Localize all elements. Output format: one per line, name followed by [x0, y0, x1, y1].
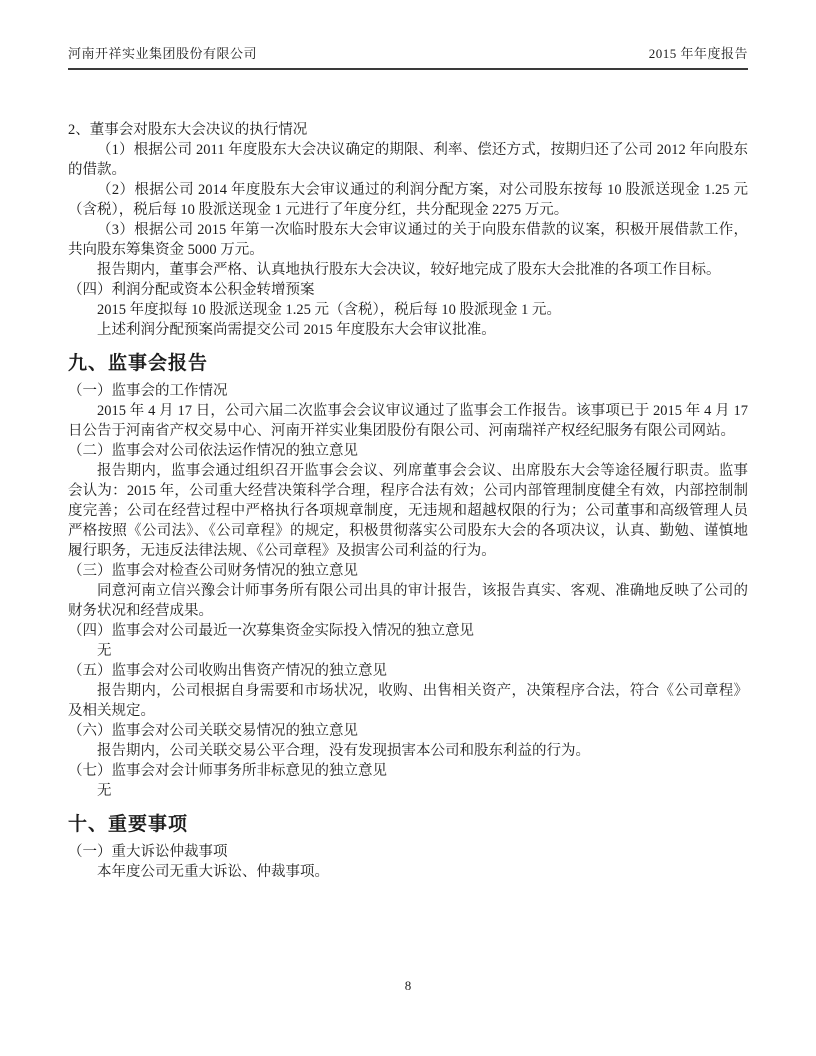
header-company-name: 河南开祥实业集团股份有限公司 [68, 46, 257, 62]
header-report-title: 2015 年年度报告 [649, 46, 748, 62]
para-s9-item1-body: 2015 年 4 月 17 日，公司六届二次监事会会议审议通过了监事会工作报告。… [68, 401, 748, 441]
para-s9-item4-title: （四）监事会对公司最近一次募集资金实际投入情况的独立意见 [68, 621, 748, 641]
para-board-execution-title: 2、董事会对股东大会决议的执行情况 [68, 120, 748, 140]
para-profit-distribution-1: 2015 年度拟每 10 股派送现金 1.25 元（含税），税后每 10 股派现… [68, 300, 748, 320]
para-s9-item1-title: （一）监事会的工作情况 [68, 381, 748, 401]
document-page: 河南开祥实业集团股份有限公司 2015 年年度报告 2、董事会对股东大会决议的执… [0, 0, 816, 1056]
page-header: 河南开祥实业集团股份有限公司 2015 年年度报告 [68, 46, 748, 70]
para-s9-item2-title: （二）监事会对公司依法运作情况的独立意见 [68, 441, 748, 461]
para-s10-item1-body: 本年度公司无重大诉讼、仲裁事项。 [68, 862, 748, 882]
para-profit-distribution-2: 上述利润分配预案尚需提交公司 2015 年度股东大会审议批准。 [68, 320, 748, 340]
para-board-execution-1: （1）根据公司 2011 年度股东大会决议确定的期限、利率、偿还方式，按期归还了… [68, 140, 748, 180]
document-body: 2、董事会对股东大会决议的执行情况 （1）根据公司 2011 年度股东大会决议确… [68, 120, 748, 882]
para-s9-item7-body: 无 [68, 781, 748, 801]
para-s9-item5-body: 报告期内，公司根据自身需要和市场状况，收购、出售相关资产，决策程序合法，符合《公… [68, 681, 748, 721]
para-profit-distribution-title: （四）利润分配或资本公积金转增预案 [68, 280, 748, 300]
para-s9-item4-body: 无 [68, 641, 748, 661]
para-s9-item5-title: （五）监事会对公司收购出售资产情况的独立意见 [68, 661, 748, 681]
para-board-execution-summary: 报告期内，董事会严格、认真地执行股东大会决议，较好地完成了股东大会批准的各项工作… [68, 260, 748, 280]
page-number: 8 [0, 978, 816, 994]
para-s9-item3-body: 同意河南立信兴豫会计师事务所有限公司出具的审计报告，该报告真实、客观、准确地反映… [68, 581, 748, 621]
para-board-execution-3: （3）根据公司 2015 年第一次临时股东大会审议通过的关于向股东借款的议案，积… [68, 220, 748, 260]
section-heading-important-matters: 十、重要事项 [68, 813, 748, 837]
para-s9-item6-title: （六）监事会对公司关联交易情况的独立意见 [68, 721, 748, 741]
para-s9-item7-title: （七）监事会对会计师事务所非标意见的独立意见 [68, 761, 748, 781]
para-s9-item6-body: 报告期内，公司关联交易公平合理，没有发现损害本公司和股东利益的行为。 [68, 741, 748, 761]
para-s9-item3-title: （三）监事会对检查公司财务情况的独立意见 [68, 561, 748, 581]
para-s9-item2-body: 报告期内，监事会通过组织召开监事会会议、列席董事会会议、出席股东大会等途径履行职… [68, 461, 748, 561]
section-heading-supervisory-board-report: 九、监事会报告 [68, 352, 748, 376]
para-board-execution-2: （2）根据公司 2014 年度股东大会审议通过的利润分配方案，对公司股东按每 1… [68, 180, 748, 220]
para-s10-item1-title: （一）重大诉讼仲裁事项 [68, 842, 748, 862]
